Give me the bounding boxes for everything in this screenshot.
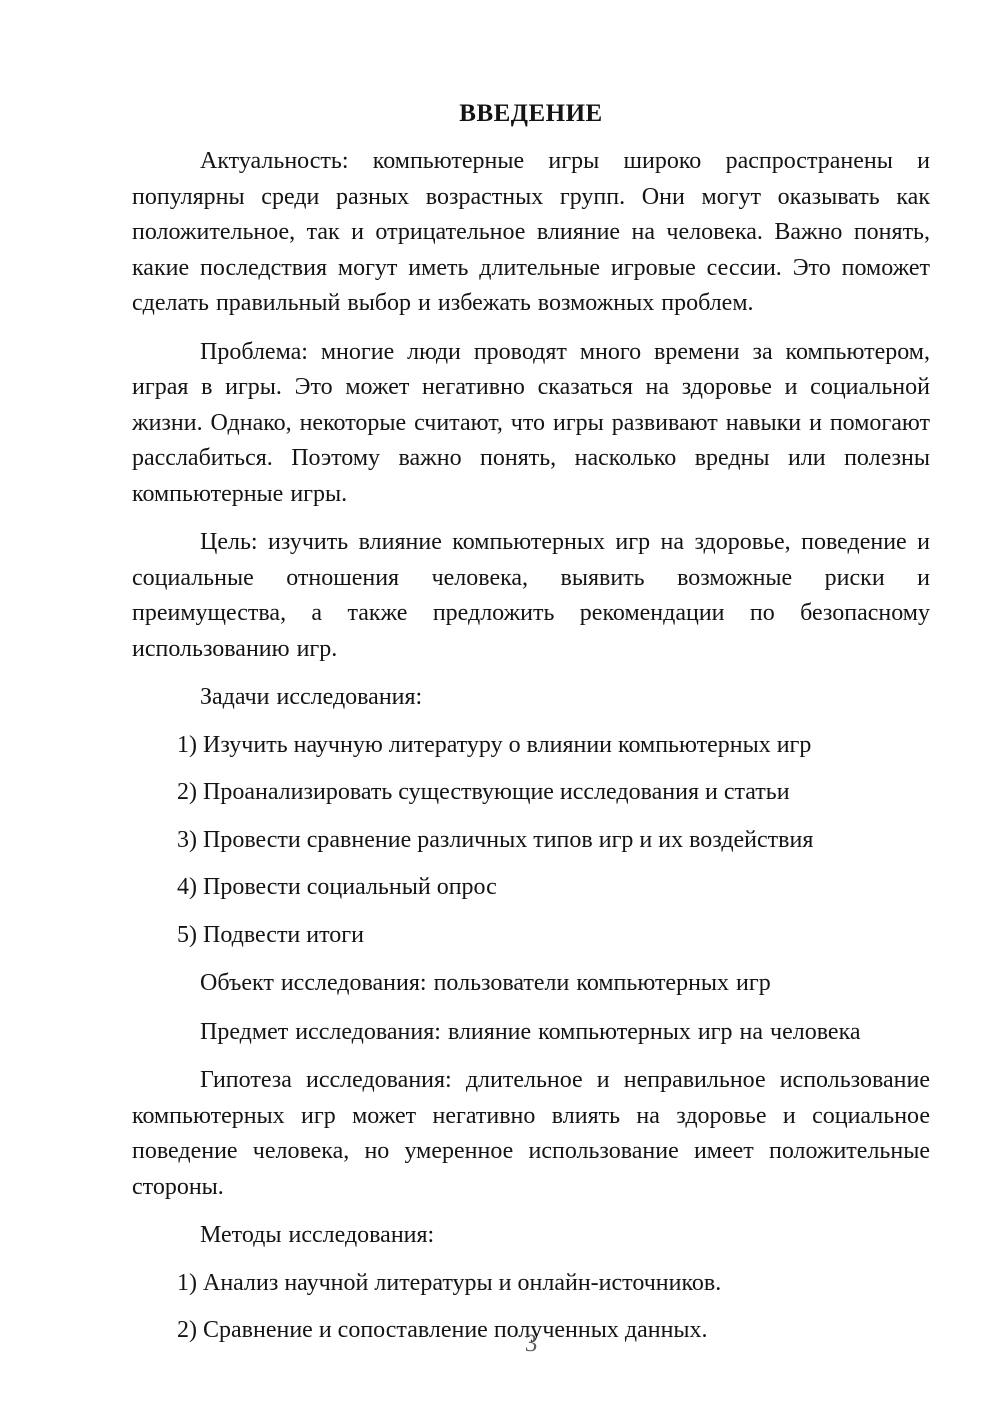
document-content: ВВЕДЕНИЕ Актуальность: компьютерные игры… (132, 96, 930, 1349)
page-number: 3 (132, 1326, 930, 1361)
document-page: ВВЕДЕНИЕ Актуальность: компьютерные игры… (0, 0, 1000, 1414)
task-item-4: 4) Провести социальный опрос (132, 870, 930, 906)
task-item-2: 2) Проанализировать существующие исследо… (132, 775, 930, 811)
hypothesis-paragraph: Гипотеза исследования: длительное и непр… (132, 1063, 930, 1205)
paragraph-problem: Проблема: многие люди проводят много вре… (132, 335, 930, 513)
task-item-1: 1) Изучить научную литературу о влиянии … (132, 728, 930, 764)
task-item-3: 3) Провести сравнение различных типов иг… (132, 823, 930, 859)
tasks-heading: Задачи исследования: (132, 680, 930, 716)
methods-heading: Методы исследования: (132, 1218, 930, 1254)
subject-line: Предмет исследования: влияние компьютерн… (132, 1015, 930, 1051)
method-item-1: 1) Анализ научной литературы и онлайн-ис… (132, 1266, 930, 1302)
paragraph-goal: Цель: изучить влияние компьютерных игр н… (132, 525, 930, 667)
task-item-5: 5) Подвести итоги (132, 918, 930, 954)
paragraph-relevance: Актуальность: компьютерные игры широко р… (132, 144, 930, 322)
section-title: ВВЕДЕНИЕ (132, 96, 930, 131)
object-line: Объект исследования: пользователи компью… (132, 966, 930, 1002)
